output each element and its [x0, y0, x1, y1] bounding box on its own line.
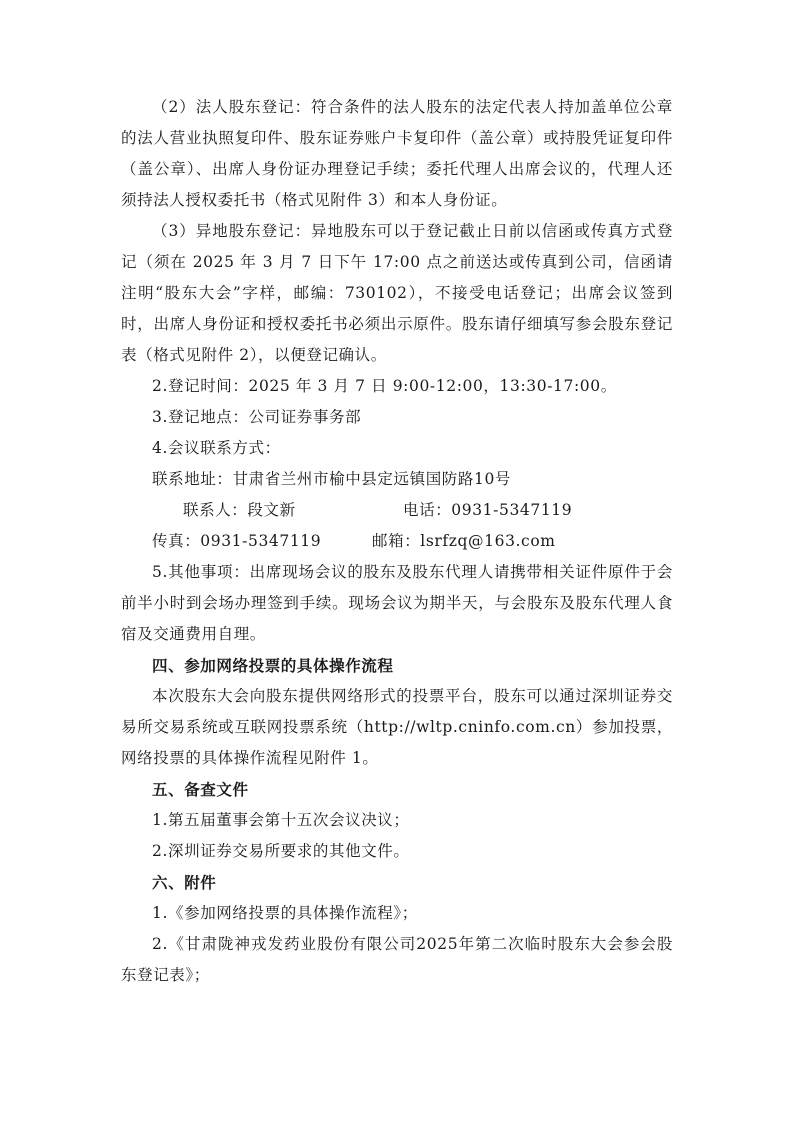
contact-fax: 传真：0931-5347119 — [152, 526, 372, 557]
contact-row-fax-email: 传真：0931-5347119 邮箱：lsrfzq@163.com — [121, 526, 673, 557]
section-5-heading: 五、备查文件 — [121, 774, 673, 805]
document-page: （2）法人股东登记：符合条件的法人股东的法定代表人持加盖单位公章的法人营业执照复… — [121, 92, 673, 991]
section-6-heading: 六、附件 — [121, 867, 673, 898]
attachment-item: 1.《参加网络投票的具体操作流程》； — [121, 898, 673, 929]
contact-email: 邮箱：lsrfzq@163.com — [372, 526, 556, 557]
contact-address: 联系地址：甘肃省兰州市榆中县定远镇国防路10号 — [121, 464, 673, 495]
remote-registration-paragraph: （3）异地股东登记：异地股东可以于登记截止日前以信函或传真方式登记（须在 202… — [121, 216, 673, 371]
legal-person-registration-paragraph: （2）法人股东登记：符合条件的法人股东的法定代表人持加盖单位公章的法人营业执照复… — [121, 92, 673, 216]
section-4-body: 本次股东大会向股东提供网络形式的投票平台，股东可以通过深圳证券交易所交易系统或互… — [121, 681, 673, 774]
other-matters-paragraph: 5.其他事项：出席现场会议的股东及股东代理人请携带相关证件原件于会前半小时到会场… — [121, 557, 673, 650]
registration-place: 3.登记地点：公司证券事务部 — [121, 402, 673, 433]
contact-row-person-phone: 联系人：段文新 电话：0931-5347119 — [121, 495, 673, 526]
attachment-item: 2.《甘肃陇神戎发药业股份有限公司2025年第二次临时股东大会参会股东登记表》； — [121, 929, 673, 991]
reference-doc-item: 2.深圳证券交易所要求的其他文件。 — [121, 836, 673, 867]
contact-phone: 电话：0931-5347119 — [372, 495, 572, 526]
reference-doc-item: 1.第五届董事会第十五次会议决议； — [121, 805, 673, 836]
contact-title: 4.会议联系方式： — [121, 433, 673, 464]
contact-person: 联系人：段文新 — [152, 495, 372, 526]
section-4-heading: 四、参加网络投票的具体操作流程 — [121, 650, 673, 681]
registration-time: 2.登记时间：2025 年 3 月 7 日 9:00-12:00，13:30-1… — [121, 371, 673, 402]
